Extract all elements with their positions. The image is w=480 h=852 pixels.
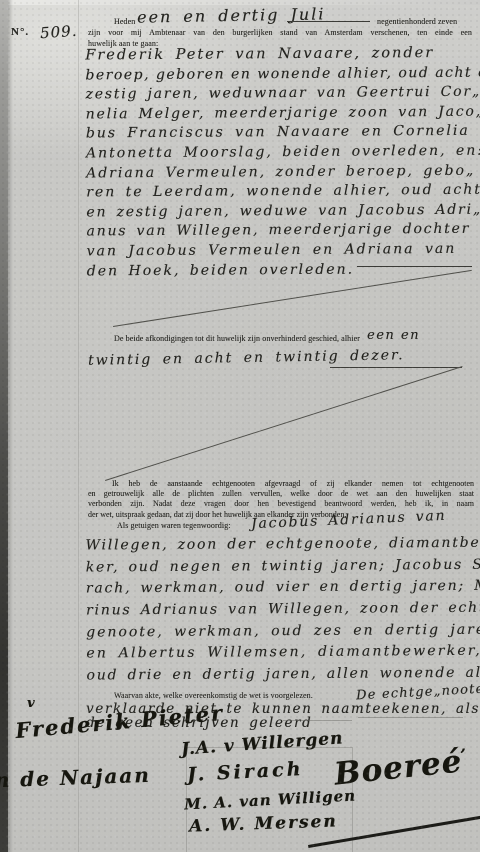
act-number-label: N°. <box>11 27 29 37</box>
witnesses-line: Willegen, zoon der echtgenoote, diamantb… <box>85 534 480 559</box>
parties-line: en zestig jaren, weduwe van Jacobus Adri… <box>86 201 480 223</box>
witnesses-line: en Albertus Willemsen, diamantbewerker, <box>86 643 480 668</box>
parties-line: anus van Willegen, meerderjarige dochter <box>86 221 480 243</box>
witnesses-line: rinus Adrianus van Willegen, zoon der ec… <box>86 600 480 625</box>
intro-heden: Heden <box>114 17 135 27</box>
closing-printed: Waarvan akte, welke overeenkomstig de we… <box>114 691 313 701</box>
parties-line: bus Franciscus van Navaare en Cornelia <box>86 123 480 145</box>
scan-top-edge <box>0 0 480 5</box>
signature-witness-1: J.A. v Willergen <box>181 728 344 759</box>
parties-line: Adriana Vermeulen, zonder beroep, gebo„ <box>86 162 480 184</box>
banns-printed: De beide afkondigingen tot dit huwelijk … <box>114 334 360 343</box>
crossout-line-2 <box>105 366 463 481</box>
signature-witness-3: M. A. van Willigen <box>184 787 357 814</box>
vows-line: Ik heb de aanstaande echtgenooten afgevr… <box>88 479 474 489</box>
parties-handwritten-block: Frederik Peter van Navaare, zonder beroe… <box>85 45 480 283</box>
banns-handwritten-inline: een en <box>367 328 420 343</box>
witnesses-handwritten-block: Willegen, zoon der echtgenoote, diamantb… <box>85 534 480 689</box>
filler-line-after-banns <box>330 367 462 368</box>
intro-date-handwritten: een en dertig Juli <box>137 4 326 26</box>
marriage-record-scan: N°. 509. Heden een en dertig Juli negent… <box>0 0 480 852</box>
signature-witness-4: A. W. Mersen <box>189 811 338 836</box>
witness-intro-printed: Als getuigen waren tegenwoordig: <box>117 521 231 531</box>
closing-filler-line-2 <box>358 717 463 718</box>
signature-official-flourish-mark: ’ <box>460 745 466 764</box>
intro-filler-dash <box>287 21 370 22</box>
act-number-value: 509. <box>39 22 78 43</box>
parties-line: van Jacobus Vermeulen en Adriana van <box>87 240 480 262</box>
banns-handwritten-line2: twintig en acht en twintig dezer. <box>88 347 405 369</box>
witnesses-line: ker, oud negen en twintig jaren; Jacobus… <box>86 556 480 581</box>
filler-line-after-parties <box>357 266 472 267</box>
signature-witness-2: J. Sirach <box>187 758 304 786</box>
scan-left-edge <box>0 0 8 852</box>
parties-line: beroep, geboren en wonende alhier, oud a… <box>85 64 480 86</box>
banns-line: De beide afkondigingen tot dit huwelijk … <box>114 333 420 344</box>
parties-line: den Hoek, beiden overleden. <box>87 260 480 282</box>
parties-line: Frederik Peter van Navaare, zonder <box>85 45 480 67</box>
stray-pen-mark: v <box>27 696 35 711</box>
parties-line: Antonetta Moorslag, beiden overleden, en… <box>86 143 480 165</box>
closing-filler-line-1 <box>283 720 352 721</box>
parties-line: nelia Melger, meerderjarige zoon van Jac… <box>86 103 480 125</box>
witnesses-line: rach, werkman, oud vier en dertig jaren;… <box>86 578 480 603</box>
parties-line: zestig jaren, weduwnaar van Geertrui Cor… <box>85 84 480 106</box>
signature-groom-line2: van de Najaan <box>0 763 151 793</box>
parties-line: ren te Leerdam, wonende alhier, oud acht <box>86 182 480 204</box>
intro-line2: zijn voor mij Ambtenaar van den burgerli… <box>88 28 472 38</box>
vows-line: en getrouwelijk alle de plichten zullen … <box>88 489 474 499</box>
scan-left-edge-shadow <box>8 0 13 852</box>
intro-year: negentienhonderd zeven <box>377 17 457 27</box>
witnesses-line: genoote, werkman, oud zes en dertig jare… <box>86 621 480 646</box>
